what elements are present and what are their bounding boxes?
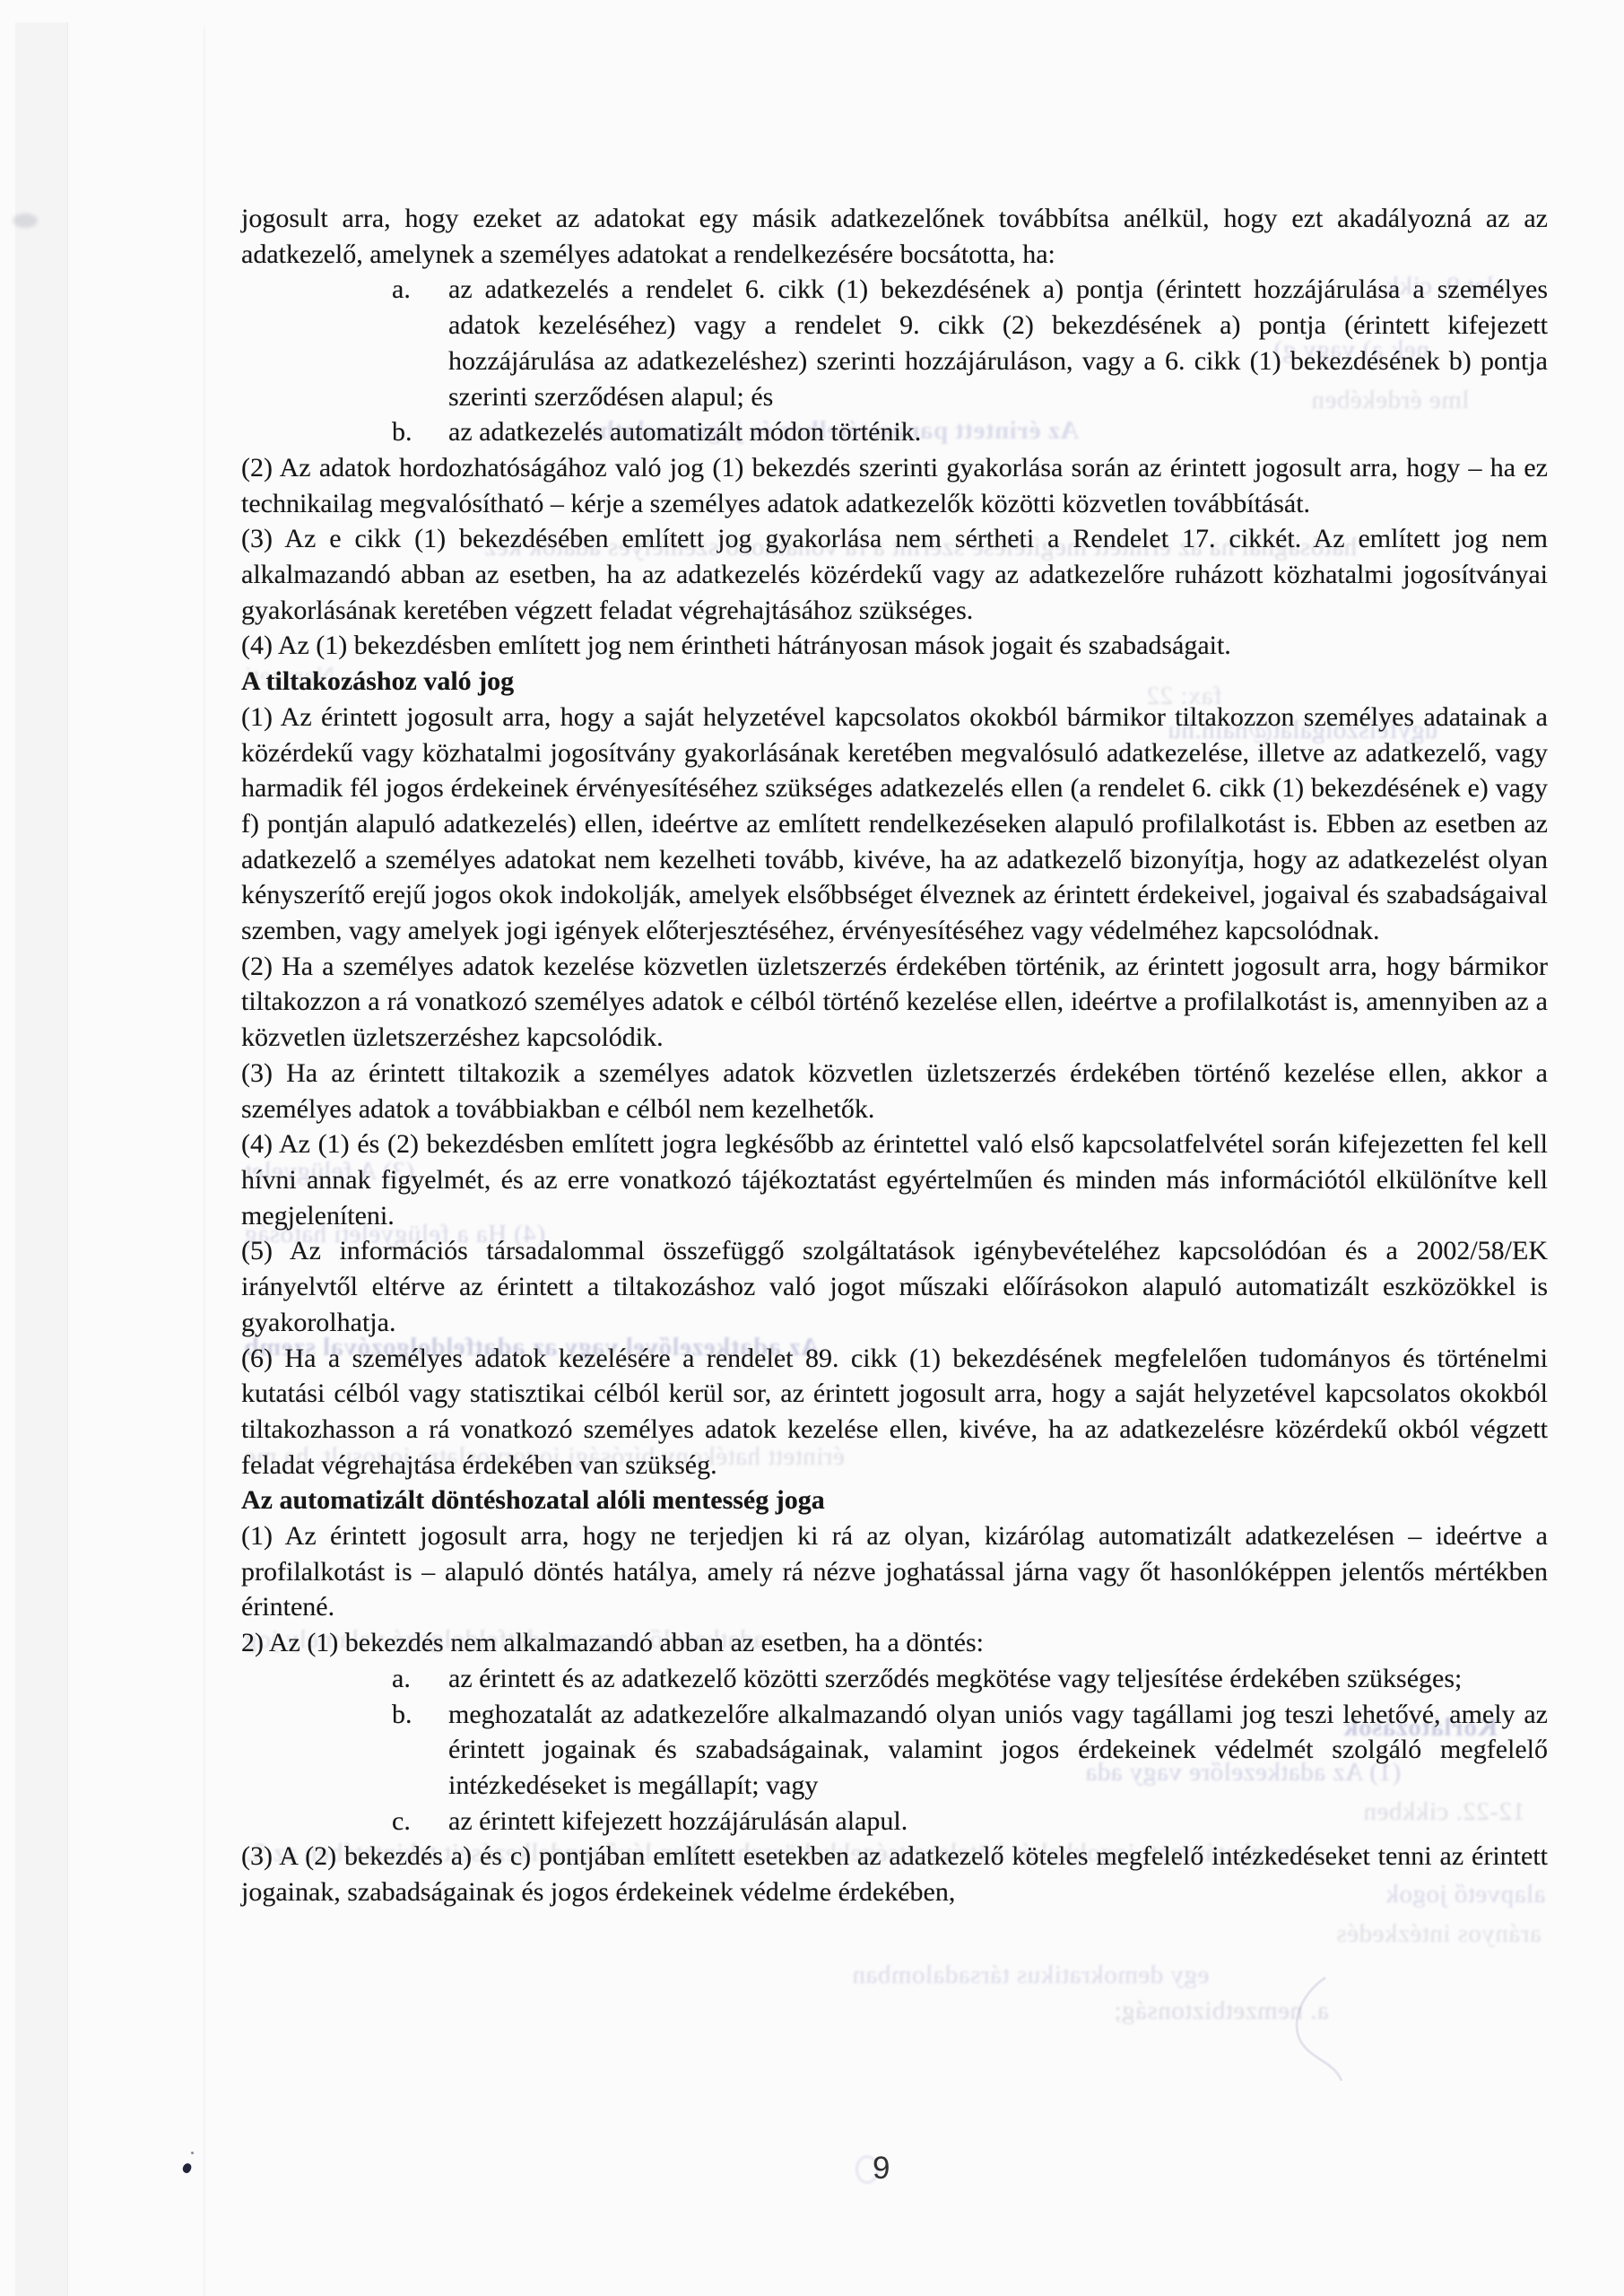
text-run: az érintett és az adatkezelő közötti sze… [448,1664,1462,1693]
paragraph: (5) Az információs társadalommal összefü… [241,1233,1548,1340]
list-marker: b. [392,1697,413,1733]
text-run: az érintett kifejezett hozzájárulásán al… [448,1806,908,1836]
text-run: Az automatizált döntéshozatal alóli ment… [241,1485,825,1515]
ink-speck-small [191,2152,194,2154]
text-run: (1) Az érintett jogosult arra, hogy a sa… [241,702,1548,945]
paragraph: (3) A (2) bekezdés a) és c) pontjában em… [241,1839,1548,1909]
paragraph: (2) Ha a személyes adatok kezelése közve… [241,949,1548,1056]
text-run: (2) Ha a személyes adatok kezelése közve… [241,952,1548,1052]
text-run: (4) Az (1) és (2) bekezdésben említett j… [241,1129,1548,1230]
text-run: (4) Az (1) bekezdésben említett jog nem … [241,631,1231,660]
list-item: a.az érintett és az adatkezelő közötti s… [241,1661,1548,1697]
list-item: c.az érintett kifejezett hozzájárulásán … [241,1804,1548,1839]
scanned-page: elet 9. cikknek a) vagy g)lme érdekébenA… [0,0,1624,2296]
ink-speck [181,2162,192,2174]
text-run: jogosult arra, hogy ezeket az adatokat e… [241,204,1548,269]
text-run: (3) Az e cikk (1) bekezdésében említett … [241,524,1548,624]
text-run: (6) Ha a személyes adatok kezelésére a r… [241,1344,1548,1480]
paragraph: (1) Az érintett jogosult arra, hogy a sa… [241,700,1548,949]
paragraph: (2) Az adatok hordozhatóságához való jog… [241,450,1548,521]
text-run: (3) Ha az érintett tiltakozik a személye… [241,1058,1548,1124]
text-run: (3) A (2) bekezdés a) és c) pontjában em… [241,1841,1548,1907]
list-item: a.az adatkezelés a rendelet 6. cikk (1) … [241,272,1548,414]
list-marker: a. [392,272,411,308]
page-number: 9 [873,2151,908,2187]
section-heading: A tiltakozáshoz való jog [241,664,1548,700]
handwriting-bleed-mark [1263,1973,1352,2090]
list-marker: a. [392,1661,411,1697]
list-marker: c. [392,1804,411,1839]
text-run: az adatkezelés automatizált módon történ… [448,417,921,447]
section-heading: Az automatizált döntéshozatal alóli ment… [241,1483,1548,1518]
scan-edge-strip [15,22,68,2296]
paragraph: jogosult arra, hogy ezeket az adatokat e… [241,201,1548,272]
paragraph: (1) Az érintett jogosult arra, hogy ne t… [241,1518,1548,1625]
list-item: b.az adatkezelés automatizált módon tört… [241,414,1548,450]
paragraph: (4) Az (1) bekezdésben említett jog nem … [241,628,1548,664]
paper-fold-line [204,27,205,2296]
paragraph: (3) Ha az érintett tiltakozik a személye… [241,1056,1548,1126]
text-run: (5) Az információs társadalommal összefü… [241,1236,1548,1336]
paragraph: (3) Az e cikk (1) bekezdésében említett … [241,521,1548,628]
paragraph: (4) Az (1) és (2) bekezdésben említett j… [241,1126,1548,1233]
paragraph: (6) Ha a személyes adatok kezelésére a r… [241,1341,1548,1483]
list-item: b.meghozatalát az adatkezelőre alkalmaza… [241,1697,1548,1804]
scan-smudge-mark [13,213,38,228]
text-run: meghozatalát az adatkezelőre alkalmazand… [448,1700,1548,1800]
bleedthrough-text: egy demokratikus társadalomban [852,1961,1209,1990]
paragraph: 2) Az (1) bekezdés nem alkalmazandó abba… [241,1625,1548,1661]
document-body: jogosult arra, hogy ezeket az adatokat e… [241,201,1548,1910]
list-marker: b. [392,414,413,450]
text-run: az adatkezelés a rendelet 6. cikk (1) be… [448,274,1548,411]
bleedthrough-text: arányos intézkedés [1336,1919,1541,1949]
text-run: A tiltakozáshoz való jog [241,666,514,696]
text-run: (1) Az érintett jogosult arra, hogy ne t… [241,1521,1548,1622]
text-run: 2) Az (1) bekezdés nem alkalmazandó abba… [241,1628,984,1657]
text-run: (2) Az adatok hordozhatóságához való jog… [241,453,1548,518]
